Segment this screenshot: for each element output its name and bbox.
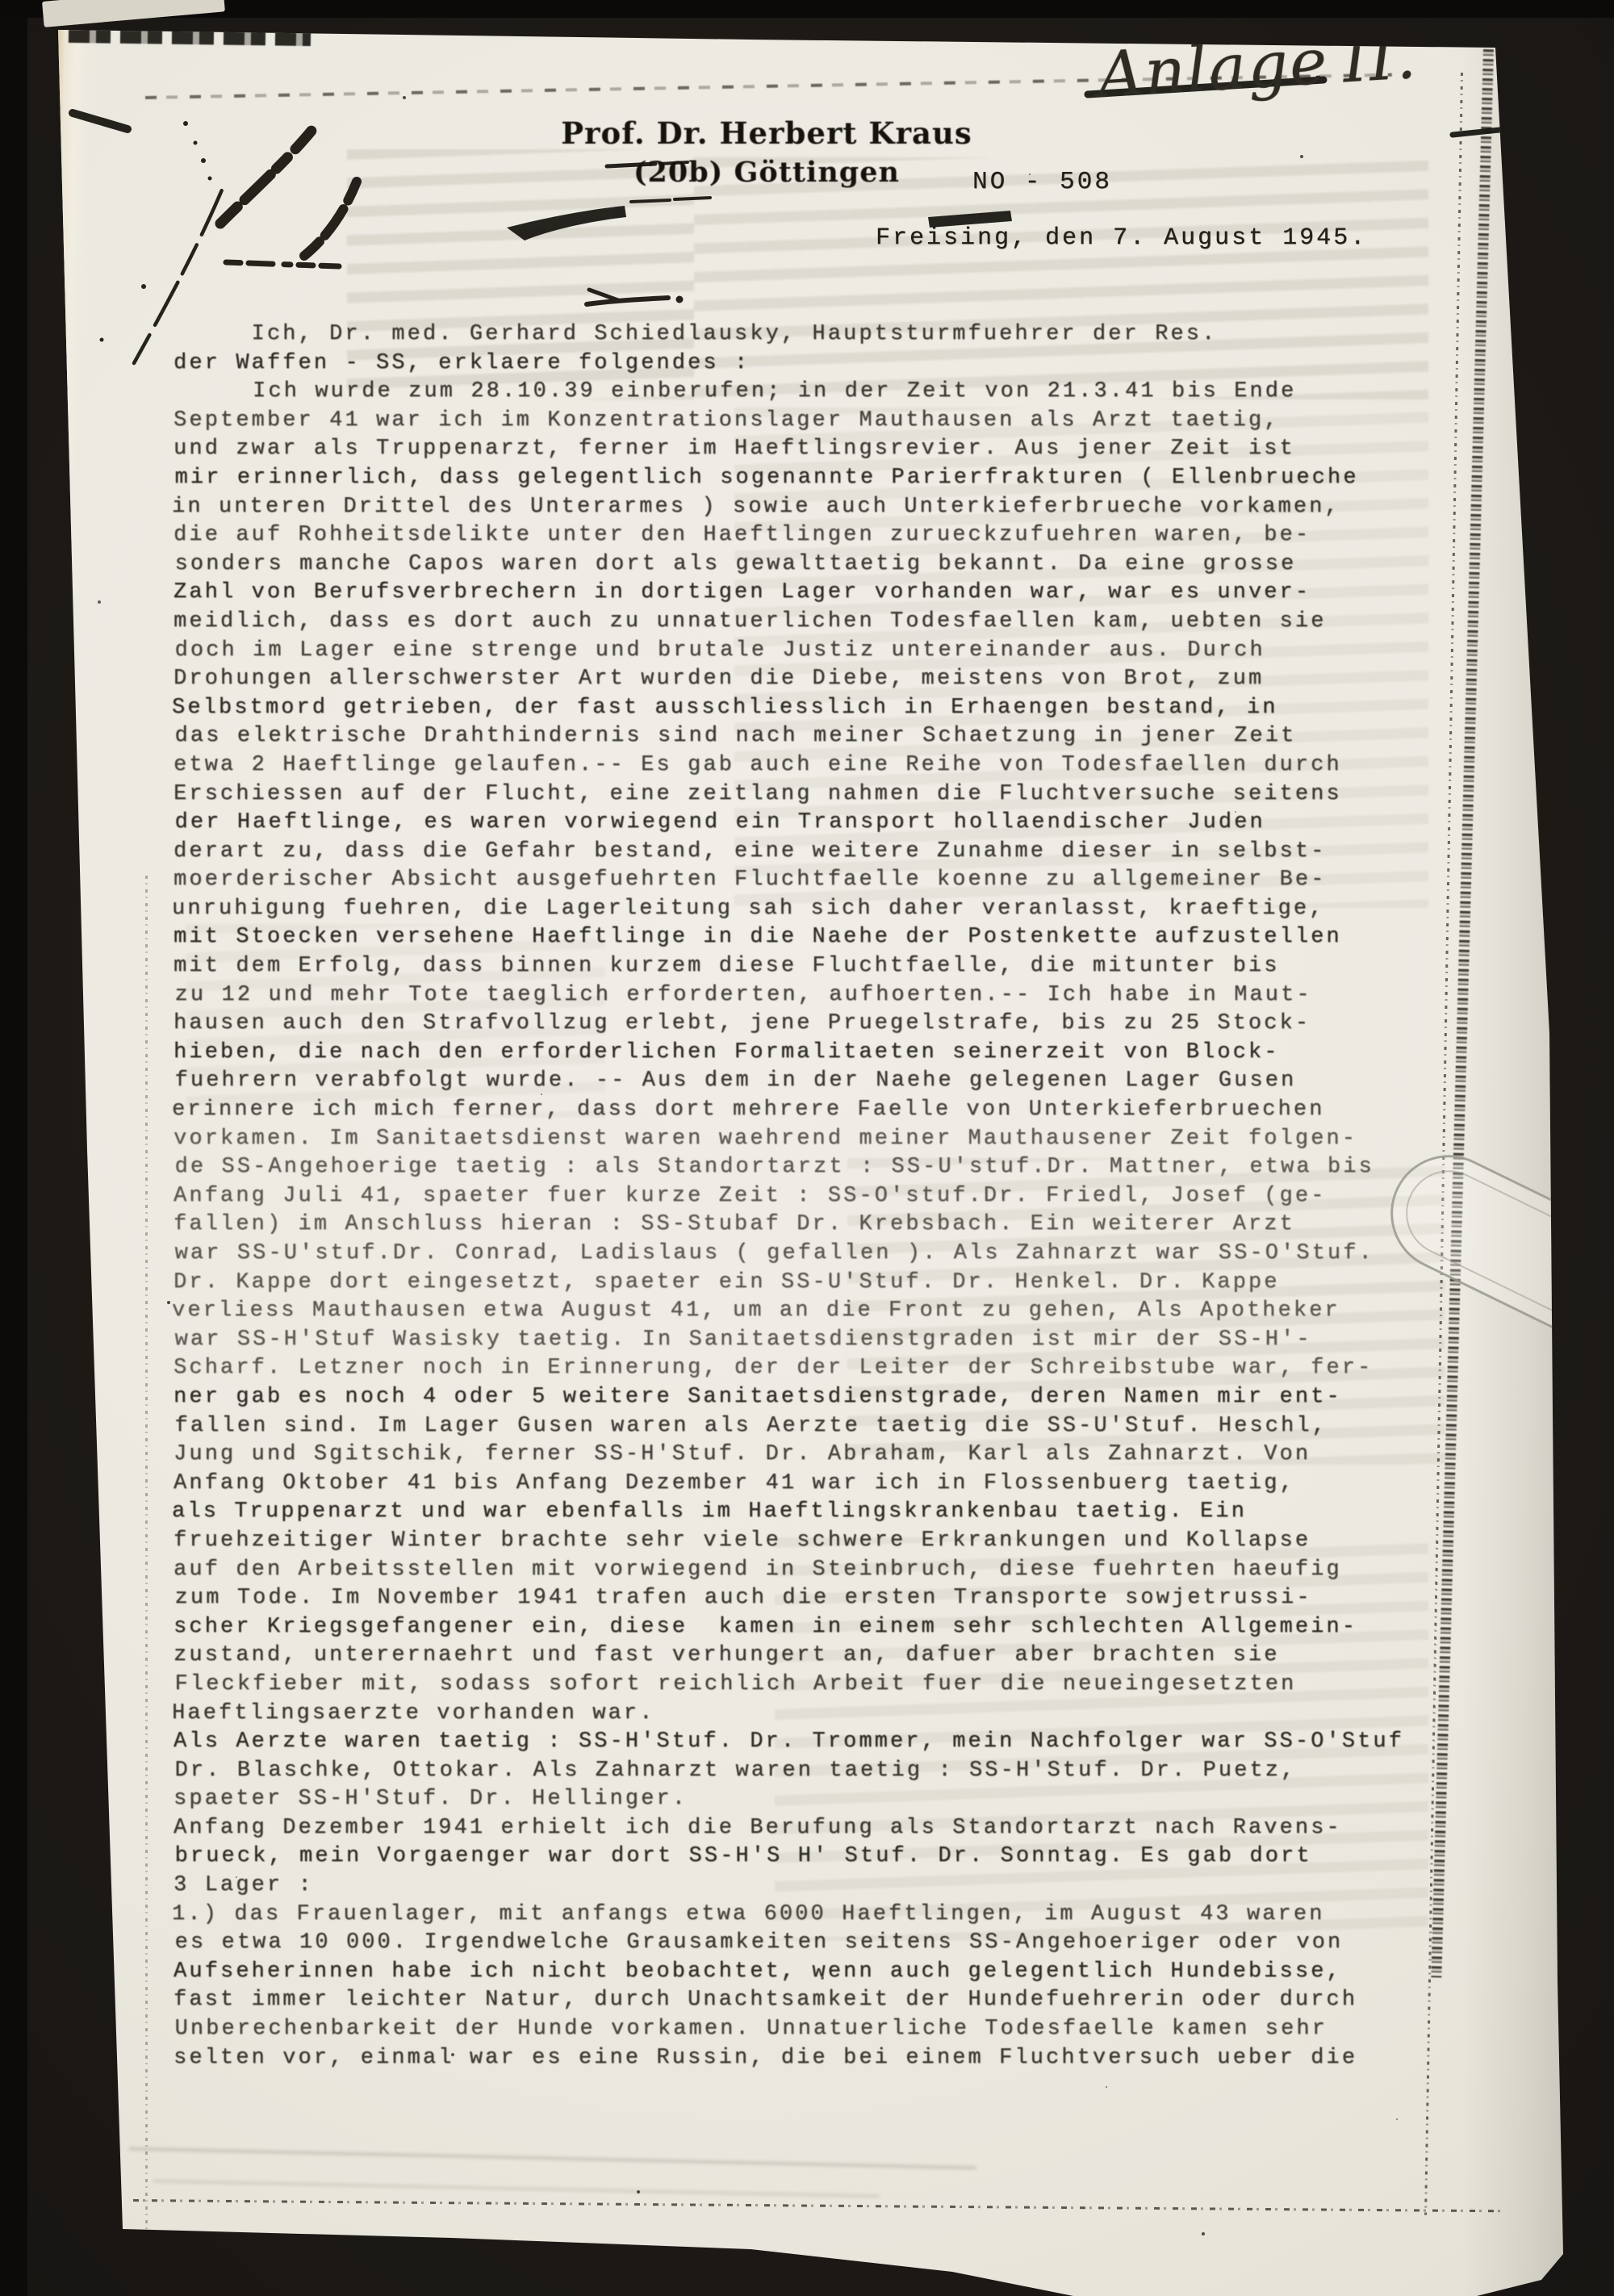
typed-line: Anfang Juli 41, spaeter fuer kurze Zeit … bbox=[174, 1182, 1432, 1211]
typed-line: scher Kriegsgefangener ein, diese kamen … bbox=[174, 1613, 1432, 1642]
typed-line: war SS-H'Stuf Wasisky taetig. In Sanitae… bbox=[175, 1326, 1434, 1355]
typed-line: mit dem Erfolg, dass binnen kurzem diese… bbox=[174, 952, 1432, 981]
typed-line: Anfang Oktober 41 bis Anfang Dezember 41… bbox=[174, 1470, 1432, 1499]
typed-line: Ich, Dr. med. Gerhard Schiedlausky, Haup… bbox=[174, 320, 1432, 349]
typed-line: fallen) im Anschluss hieran : SS-Stubaf … bbox=[174, 1211, 1432, 1240]
typed-line: und zwar als Truppenarzt, ferner im Haef… bbox=[174, 435, 1432, 464]
typed-line: die auf Rohheitsdelikte unter den Haeftl… bbox=[174, 521, 1432, 550]
typed-line: als Truppenarzt und war ebenfalls im Hae… bbox=[172, 1498, 1431, 1527]
letterhead: Prof. Dr. Herbert Kraus (20b) Göttingen bbox=[541, 115, 993, 189]
typed-line: Als Aerzte waren taetig : SS-H'Stuf. Dr.… bbox=[174, 1728, 1432, 1757]
copy-frame-dotted-line-bottom bbox=[133, 2199, 1501, 2212]
typed-line: Fleckfieber mit, sodass sofort reichlich… bbox=[175, 1671, 1434, 1700]
typed-line: brueck, mein Vorgaenger war dort SS-H'S … bbox=[175, 1842, 1434, 1872]
typed-line: verliess Mauthausen etwa August 41, um a… bbox=[172, 1297, 1431, 1326]
typed-line: das elektrische Drahthindernis sind nach… bbox=[175, 722, 1434, 751]
smudge-line bbox=[153, 2180, 880, 2198]
typed-line: zu 12 und mehr Tote taeglich erforderten… bbox=[175, 981, 1434, 1010]
dateline: Freising, den 7. August 1945. bbox=[876, 224, 1367, 252]
paper-specks bbox=[24, 20, 26, 22]
typed-line: Anfang Dezember 1941 erhielt ich die Ber… bbox=[174, 1814, 1432, 1843]
typed-line: spaeter SS-H'Stuf. Dr. Hellinger. bbox=[174, 1785, 1432, 1814]
typed-line: Scharf. Letzner noch in Erinnerung, der … bbox=[174, 1354, 1432, 1383]
typed-line: Zahl von Berufsverbrechern in dortigen L… bbox=[174, 579, 1432, 608]
typed-line: Erschiessen auf der Flucht, eine zeitlan… bbox=[174, 780, 1432, 809]
typed-line: meidlich, dass es dort auch zu unnatuerl… bbox=[174, 608, 1432, 637]
typed-line: der Haeftlinge, es waren vorwiegend ein … bbox=[175, 809, 1434, 838]
typed-line: erinnere ich mich ferner, dass dort mehr… bbox=[172, 1096, 1431, 1125]
typed-line: fuehrern verabfolgt wurde. -- Aus dem in… bbox=[175, 1067, 1434, 1096]
handwritten-word: Anlage bbox=[1096, 26, 1331, 112]
typed-line: Haeftlingsaerzte vorhanden war. bbox=[172, 1700, 1431, 1729]
handwritten-annotation: AnlageII. bbox=[1096, 20, 1420, 112]
typed-line: zum Tode. Im November 1941 trafen auch d… bbox=[175, 1584, 1434, 1613]
typed-line: Ich wurde zum 28.10.39 einberufen; in de… bbox=[175, 378, 1434, 407]
typed-line: etwa 2 Haeftlinge gelaufen.-- Es gab auc… bbox=[174, 751, 1432, 780]
torn-top-edge bbox=[69, 25, 311, 46]
typed-line: der Waffen - SS, erklaere folgendes : bbox=[174, 349, 1432, 378]
typed-line: es etwa 10 000. Irgendwelche Grausamkeit… bbox=[175, 1929, 1434, 1958]
typed-line: war SS-U'stuf.Dr. Conrad, Ladislaus ( ge… bbox=[175, 1240, 1434, 1269]
typed-line: de SS-Angehoerige taetig : als Standorta… bbox=[175, 1153, 1434, 1182]
handwritten-numeral: II. bbox=[1340, 20, 1420, 97]
typed-line: sonders manche Capos waren dort als gewa… bbox=[175, 550, 1434, 579]
typed-line: ner gab es noch 4 oder 5 weitere Sanitae… bbox=[174, 1383, 1432, 1412]
typed-line: vorkamen. Im Sanitaetsdienst waren waehr… bbox=[174, 1125, 1432, 1154]
copy-frame-dotted-line-left bbox=[145, 876, 148, 2235]
typed-line: hausen auch den Strafvollzug erlebt, jen… bbox=[174, 1010, 1432, 1039]
typed-line: in unteren Drittel des Unterarmes ) sowi… bbox=[172, 493, 1431, 522]
typed-line: fruehzeitiger Winter brachte sehr viele … bbox=[174, 1527, 1432, 1556]
typed-line: derart zu, dass die Gefahr bestand, eine… bbox=[174, 838, 1432, 867]
typed-line: fallen sind. Im Lager Gusen waren als Ae… bbox=[175, 1412, 1434, 1441]
typed-line: Aufseherinnen habe ich nicht beobachtet,… bbox=[174, 1958, 1432, 1987]
typed-line: Dr. Kappe dort eingesetzt, spaeter ein S… bbox=[174, 1269, 1432, 1298]
torn-right-edge bbox=[1431, 49, 1494, 1977]
typed-line: unruhigung fuehren, die Lagerleitung sah… bbox=[172, 895, 1431, 924]
typed-line: Dr. Blaschke, Ottokar. Als Zahnarzt ware… bbox=[175, 1757, 1434, 1786]
document-page: Prof. Dr. Herbert Kraus (20b) Göttingen … bbox=[24, 20, 1614, 2296]
typed-line: September 41 war ich im Konzentrationsla… bbox=[174, 407, 1432, 436]
page-edge-strip bbox=[0, 20, 92, 2236]
typed-line: mit Stoecken versehene Haeftlinge in die… bbox=[174, 923, 1432, 952]
typed-line: hieben, die nach den erforderlichen Form… bbox=[174, 1039, 1432, 1068]
letterhead-name: Prof. Dr. Herbert Kraus bbox=[541, 115, 993, 151]
typed-line: 3 Lager : bbox=[174, 1872, 1432, 1901]
typed-line: Jung und Sgitschik, ferner SS-H'Stuf. Dr… bbox=[174, 1441, 1432, 1470]
smudge-line bbox=[129, 2148, 976, 2169]
letterhead-place: (20b) Göttingen bbox=[541, 156, 993, 189]
reference-number: NO - 508 bbox=[972, 168, 1112, 196]
underlying-page-corner bbox=[42, 0, 225, 27]
typed-line: Unberechenbarkeit der Hunde vorkamen. Un… bbox=[175, 2015, 1434, 2044]
typed-line: Drohungen allerschwerster Art wurden die… bbox=[174, 665, 1432, 694]
typed-line: doch im Lager eine strenge und brutale J… bbox=[175, 637, 1434, 666]
typed-line: mir erinnerlich, dass gelegentlich sogen… bbox=[175, 464, 1434, 493]
typed-line: auf den Arbeitsstellen mit vorwiegend in… bbox=[174, 1556, 1432, 1585]
typed-line: 1.) das Frauenlager, mit anfangs etwa 60… bbox=[172, 1901, 1431, 1930]
typed-line: zustand, unterernaehrt und fast verhunge… bbox=[174, 1641, 1432, 1671]
typed-line: moerderischer Absicht ausgefuehrten Fluc… bbox=[174, 866, 1432, 895]
typed-line: Selbstmord getrieben, der fast ausschlie… bbox=[172, 694, 1431, 723]
typed-line: fast immer leichter Natur, durch Unachts… bbox=[174, 1986, 1432, 2015]
typed-body: Ich, Dr. med. Gerhard Schiedlausky, Haup… bbox=[174, 320, 1432, 2072]
photo-backdrop: Prof. Dr. Herbert Kraus (20b) Göttingen … bbox=[0, 0, 1614, 2296]
typed-line: selten vor, einmal war es eine Russin, d… bbox=[174, 2044, 1432, 2073]
